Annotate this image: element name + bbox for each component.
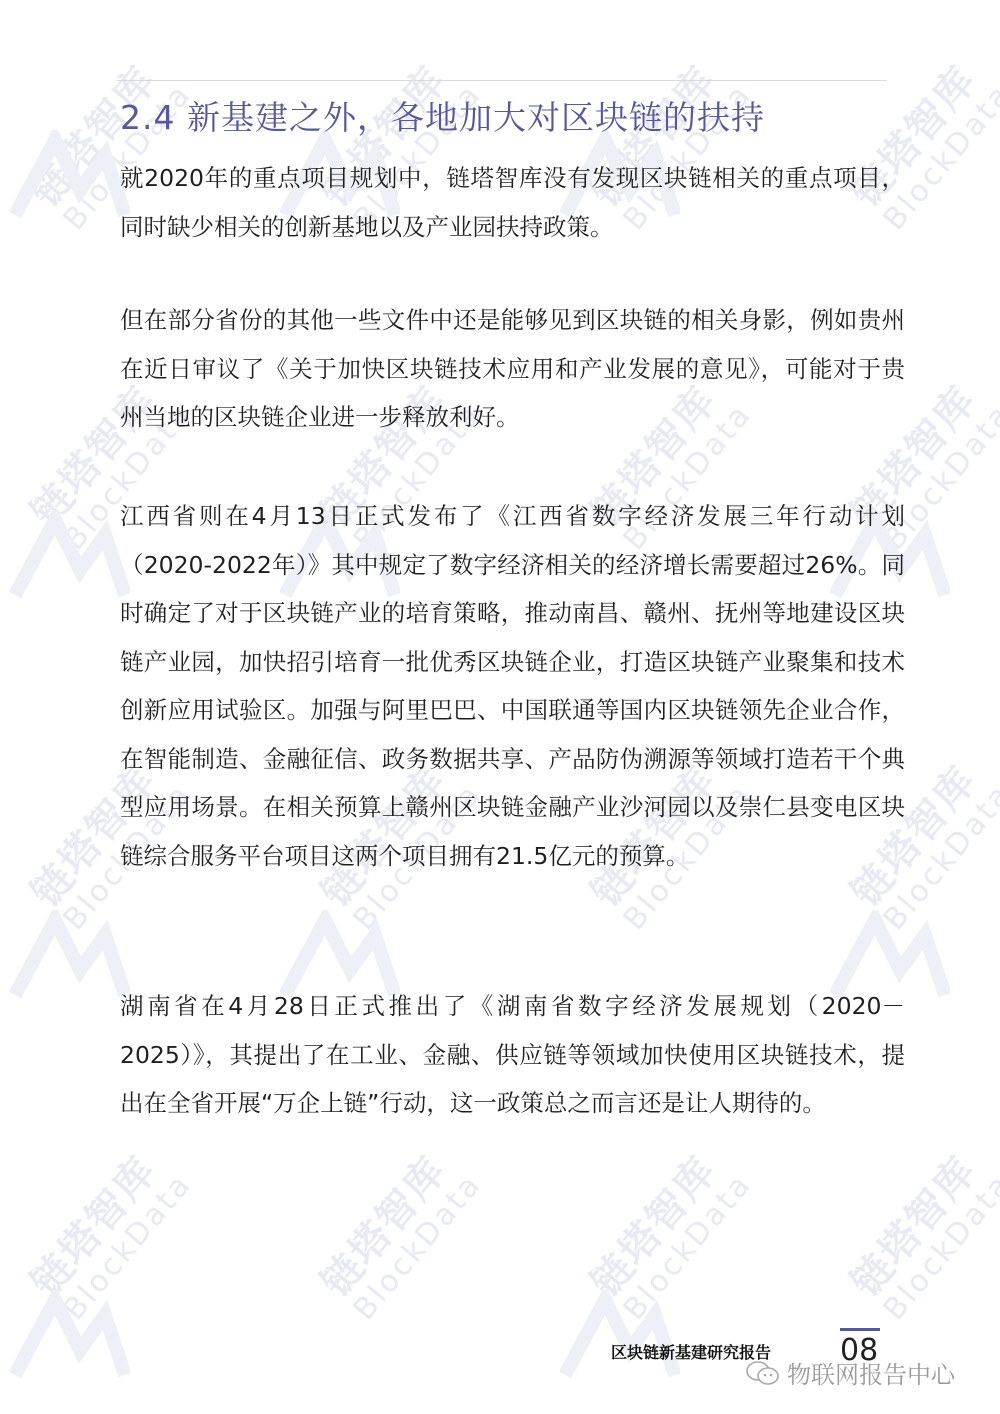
- watermark-logo-icon: [10, 510, 130, 600]
- watermark-logo-icon: [10, 910, 130, 1000]
- wechat-source-name: 物联网报告中心: [787, 1355, 955, 1390]
- watermark-logo-icon: [560, 1290, 680, 1380]
- paragraph-4: 湖南省在4月28日正式推出了《湖南省数字经济发展规划（2020－2025）》，其…: [120, 982, 905, 1128]
- section-title: 2.4 新基建之外，各地加大对区块链的扶持: [120, 92, 765, 139]
- page-number-accent-bar: [840, 1328, 880, 1331]
- paragraph-3: 江西省则在4月13日正式发布了《江西省数字经济发展三年行动计划（2020-202…: [120, 492, 905, 880]
- wechat-icon: [745, 1359, 781, 1387]
- wechat-source-watermark: 物联网报告中心: [745, 1355, 955, 1390]
- paragraph-2: 但在部分省份的其他一些文件中还是能够见到区块链的相关身影，例如贵州在近日审议了《…: [120, 296, 905, 442]
- watermark-logo-icon: [10, 130, 130, 220]
- paragraph-1: 就2020年的重点项目规划中，链塔智库没有发现区块链相关的重点项目，同时缺少相关…: [120, 154, 905, 251]
- watermark-logo-icon: [10, 1290, 130, 1380]
- header-divider: [117, 80, 887, 81]
